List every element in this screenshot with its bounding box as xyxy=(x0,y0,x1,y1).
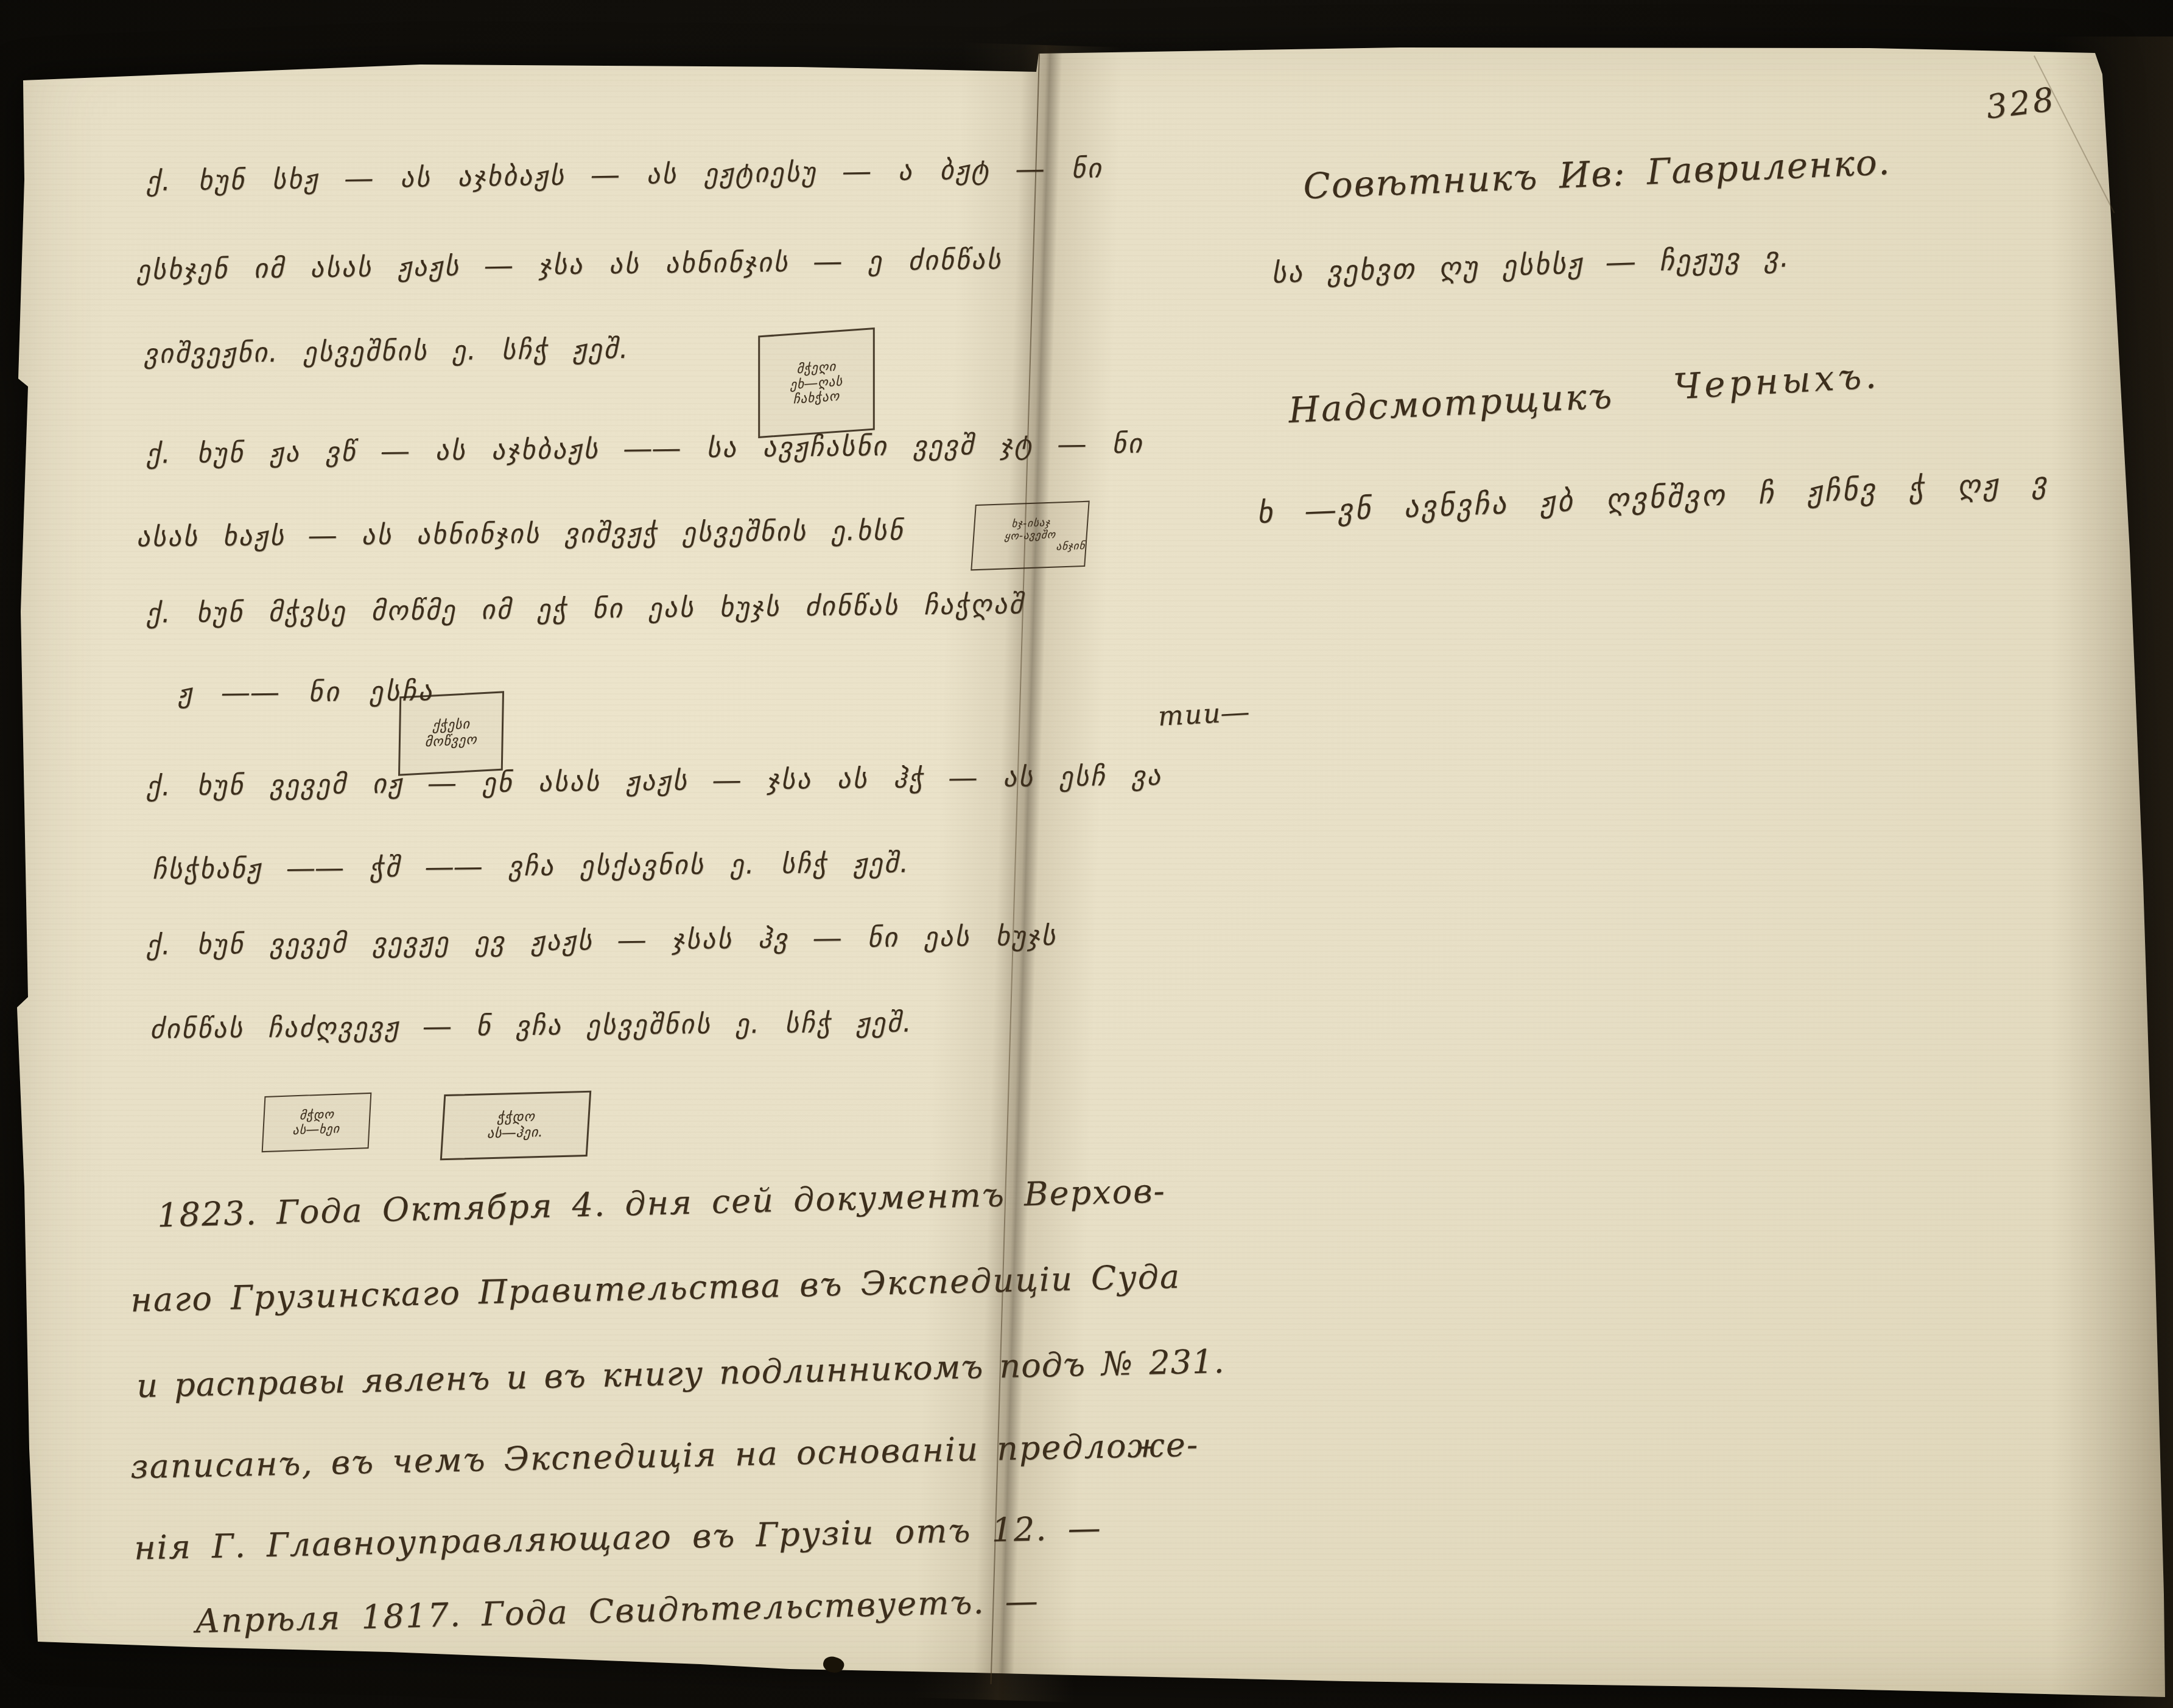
georgian-line: ქ. ხუნ ვევემ იჟ ― ენ ასას ჟაჟს ― ჯსა ას … xyxy=(146,760,1162,802)
georgian-line: ჟ ―― ნი ესჩა xyxy=(178,676,435,709)
folio-number: 328 xyxy=(1984,80,2059,127)
attestation-line: Апрѣля 1817. Года Свидѣтельствуетъ. — xyxy=(194,1581,1039,1640)
seal-line: ანჯინ xyxy=(1056,540,1086,553)
marginal-note: тии― xyxy=(1157,696,1251,732)
official-title: Надсмотрщикъ xyxy=(1288,375,1615,431)
seal-line: ას―ჰეი. xyxy=(486,1125,544,1142)
ink-blot xyxy=(821,1654,846,1675)
seal-line: მჭდო xyxy=(300,1107,335,1123)
official-name: Черныхъ. xyxy=(1672,355,1881,408)
seal-line: ქჭესი xyxy=(432,716,470,734)
manuscript-scan: 328 ქ. ხუნ სხჟ ― ას აჯხბაჟს ― ას ეჟტიესუ… xyxy=(0,0,2173,1708)
georgian-line: ძინწას ჩაძღვევჟ ― ნ ვჩა ესვეშნის ე. სჩჭ … xyxy=(150,1007,913,1045)
seal-box: ქჭესი მოწვეო xyxy=(398,691,504,775)
attestation-line: записанъ, въ чемъ Экспедиція на основані… xyxy=(130,1426,1199,1486)
seal-line: ყო-ავეშო xyxy=(1004,528,1056,542)
seal-line: ჭჭდო xyxy=(497,1109,536,1126)
georgian-line: ესხჯენ იმ ასას ჟაჟს ― ჯსა ას ახნინჯის ― … xyxy=(136,244,1003,285)
seal-line: მოწვეო xyxy=(425,732,477,751)
seal-box: მჭდო ას―ხეი xyxy=(262,1093,372,1152)
georgian-note: ხ ―ვნ ავნვჩა ჟბ ღვნშვო ჩ ჟჩნვ ჭ ღჟ ვ xyxy=(1256,466,2049,530)
seal-box: ხჯ-ისაჯ ყო-ავეშო ანჯინ xyxy=(971,501,1089,571)
corner-crease xyxy=(2034,55,2115,213)
georgian-note: სა ვეხვთ ღუ ესხსჟ ― ჩეჟუვ ვ. xyxy=(1271,240,1791,290)
georgian-line: ქ. ხუნ ჟა ვწ ― ას აჯხბაჟს ―― სა ავჟჩასნი… xyxy=(146,428,1144,469)
attestation-line: 1823. Года Октября 4. дня сей документъ … xyxy=(156,1172,1166,1234)
georgian-line: ჩსჭხანჟ ―― ჭშ ―― ვჩა ესქავნის ე. სჩჭ ჟეშ… xyxy=(152,848,910,886)
seal-line: ჩახჭაო xyxy=(793,389,840,407)
georgian-line: ქ. ხუნ ვევემ ვევჟე ევ ჟაჟს ― ჯსას ჰვ ― ნ… xyxy=(146,920,1058,961)
attestation-line: наго Грузинскаго Правительства въ Экспед… xyxy=(130,1257,1181,1319)
seal-line: ას―ხეი xyxy=(292,1122,340,1138)
georgian-line: ასას ხაჟს ― ას ახნინჯის ვიშვჟჭ ესვეშნის … xyxy=(136,515,905,553)
page-edge-shade xyxy=(2051,37,2173,1708)
manuscript-spread: 328 ქ. ხუნ სხჟ ― ას აჯხბაჟს ― ას ეჟტიესუ… xyxy=(0,0,2173,1708)
seal-line: ხჯ-ისაჯ xyxy=(1011,517,1051,530)
attestation-line: нія Г. Главноуправляющаго въ Грузіи отъ … xyxy=(134,1508,1103,1567)
seal-box: ჭჭდო ას―ჰეი. xyxy=(440,1091,592,1161)
georgian-line: ვიშვეჟნი. ესვეშნის ე. სჩჭ ჟეშ. xyxy=(144,334,630,369)
official-title: Совѣтникъ Ив: Гавриленко. xyxy=(1302,141,1892,207)
georgian-line: ქ. ხუნ მჭვსე მოწმე იმ ეჭ ნი ეას ხუჯს ძინ… xyxy=(146,589,1025,629)
georgian-line: ქ. ხუნ სხჟ ― ას აჯხბაჟს ― ას ეჟტიესუ ― ა… xyxy=(146,153,1103,197)
seal-box: მჭეღი ეხ―ღას ჩახჭაო xyxy=(758,327,875,438)
attestation-line: и расправы явленъ и въ книгу подлинником… xyxy=(136,1342,1226,1405)
